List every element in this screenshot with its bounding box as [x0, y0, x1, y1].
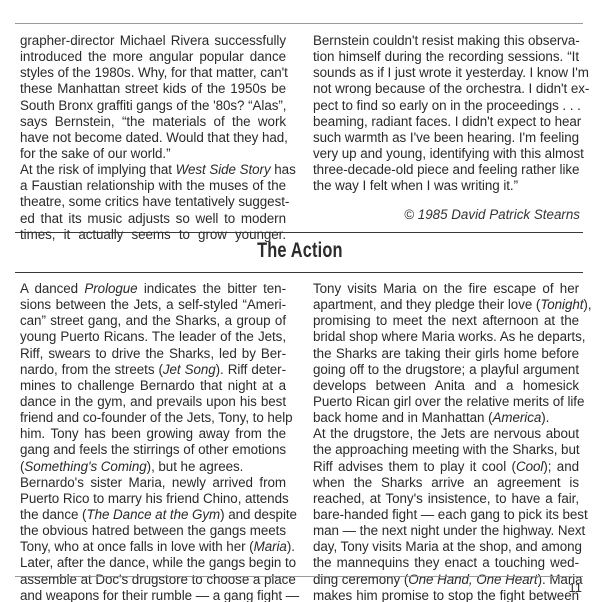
text-run: ).	[287, 539, 295, 554]
synopsis-right-column: Tony visits Maria on the fire escape of …	[313, 281, 579, 602]
text-line: reached, at Tony's insistence, to have a…	[313, 491, 579, 507]
text-line: promising to meet the next afternoon at …	[313, 313, 579, 329]
number-title: Tonight	[540, 297, 583, 312]
text-line: the approaching meeting with the Sharks,…	[313, 442, 579, 458]
text-line: a Faustian relationship with the muses o…	[20, 178, 286, 194]
text-run: At the risk of implying that	[20, 162, 176, 177]
bottom-rule	[15, 576, 583, 577]
text-line: sions between the Jets, a self-styled “A…	[20, 297, 286, 313]
text-line: Bernstein couldn't resist making this ob…	[313, 33, 579, 49]
text-line: Bernardo's sister Maria, newly arrived f…	[20, 475, 286, 491]
text-line: man — the next night under the highway. …	[313, 523, 579, 539]
text-run: ),	[583, 297, 591, 312]
essay-right-column: Bernstein couldn't resist making this ob…	[313, 33, 579, 194]
text-line: ed that its music adjusts so well to mod…	[20, 211, 286, 227]
text-run: indicates the bitter ten-	[138, 281, 286, 296]
text-line: At the drugstore, the Jets are nervous a…	[313, 426, 579, 442]
text-line: Puerto Rico to marry his friend Chino, a…	[20, 491, 286, 507]
section-title-text: The Action	[257, 239, 343, 263]
text-line: and weapons for their rumble — a gang fi…	[20, 588, 286, 602]
section-rule-bottom	[15, 272, 583, 273]
top-rule	[15, 23, 583, 24]
text-line: going off to the drugstore; a playful ar…	[313, 362, 579, 378]
text-line: day, Tony visits Maria at the shop, and …	[313, 539, 579, 555]
text-line: Puerto Rican girl over the relative meri…	[313, 394, 579, 410]
text-line: At the risk of implying that West Side S…	[20, 162, 286, 178]
text-run: Riff advises them to play it cool (	[313, 459, 516, 474]
text-line: young Puerto Ricans. The leader of the J…	[20, 329, 286, 345]
number-title: Cool	[516, 459, 543, 474]
text-run: ding ceremony (	[313, 572, 408, 587]
text-line: friend and co-founder of the Jets, Tony,…	[20, 410, 286, 426]
text-run: the dance (	[20, 507, 86, 522]
text-line: (Something's Coming), but he agrees.	[20, 459, 286, 475]
text-run: apartment, and they pledge their love (	[313, 297, 540, 312]
text-run: nardo, from the streets (	[20, 362, 163, 377]
text-run: ) and despite	[220, 507, 297, 522]
number-title: America	[493, 410, 542, 425]
text-line: Riff, swears to drive the Sharks, led by…	[20, 346, 286, 362]
section-rule-top	[15, 232, 583, 233]
text-line: bridal shop where Maria works. As he dep…	[313, 329, 579, 345]
text-line: back home and in Manhattan (America).	[313, 410, 579, 426]
text-line: pect to find so early on in the proceedi…	[313, 98, 579, 114]
number-title: Maria	[254, 539, 287, 554]
text-run: ). Riff deter-	[216, 362, 286, 377]
text-line: can” street gang, and the Sharks, a grou…	[20, 313, 286, 329]
text-run: back home and in Manhattan (	[313, 410, 493, 425]
text-line: the dance (The Dance at the Gym) and des…	[20, 507, 286, 523]
text-line: assemble at Doc's drugstore to choose a …	[20, 572, 286, 588]
number-title: One Hand, One Heart	[408, 572, 537, 587]
text-line: sounds as if I just wrote it yesterday. …	[313, 65, 579, 81]
text-line: the mannequins they enact a touching wed…	[313, 555, 579, 571]
text-line: Tony visits Maria on the fire escape of …	[313, 281, 579, 297]
text-line: the way I felt when I was writing it.”	[313, 178, 579, 194]
text-line: tion himself during the recording sessio…	[313, 49, 579, 65]
text-line: beaming, radiant faces. I didn't expect …	[313, 114, 579, 130]
text-line: introduced the more angular popular danc…	[20, 49, 286, 65]
text-run: Tony, who at once falls in love with her…	[20, 539, 254, 554]
text-line: the Sharks are taking their girls home b…	[313, 346, 579, 362]
text-line: bare-handed fight — each gang to pick it…	[313, 507, 579, 523]
work-title: West Side Story	[176, 162, 271, 177]
essay-left-column: grapher-director Michael Rivera successf…	[20, 33, 286, 243]
text-line: three-decade-old piece and feeling rathe…	[313, 162, 579, 178]
text-line: Tony, who at once falls in love with her…	[20, 539, 286, 555]
number-title: Jet Song	[163, 362, 216, 377]
text-line: mines to challenge Bernardo that night a…	[20, 378, 286, 394]
text-line: says Bernstein, “the materials of the wo…	[20, 114, 286, 130]
text-run: has	[271, 162, 296, 177]
text-line: apartment, and they pledge their love (T…	[313, 297, 579, 313]
text-run: ); and	[543, 459, 579, 474]
text-line: develops between Anita and a homesick	[313, 378, 579, 394]
text-line: such warmth as I've been hearing. I'm fe…	[313, 130, 579, 146]
text-line: these Manhattan street kids of the 1950s…	[20, 81, 286, 97]
number-title: The Dance at the Gym	[86, 507, 220, 522]
text-line: grapher-director Michael Rivera successf…	[20, 33, 286, 49]
synopsis-left-column: A danced Prologue indicates the bitter t…	[20, 281, 286, 602]
text-line: gang and feels the stirrings of other em…	[20, 442, 286, 458]
number-title: Prologue	[84, 281, 137, 296]
text-line: him. Tony has been growing away from the	[20, 426, 286, 442]
text-line: have not become dated. Would that they h…	[20, 130, 286, 146]
page-number: 11	[540, 580, 582, 595]
text-run: ), but he agrees.	[147, 459, 244, 474]
text-line: very up and young, identifying with this…	[313, 146, 579, 162]
text-line: styles of the 1980s. Why, for that matte…	[20, 65, 286, 81]
text-line: South Bronx graffiti gangs of the '80s? …	[20, 98, 286, 114]
text-run: A danced	[20, 281, 84, 296]
text-run: ).	[541, 410, 549, 425]
text-line: A danced Prologue indicates the bitter t…	[20, 281, 286, 297]
text-line: Later, after the dance, while the gangs …	[20, 555, 286, 571]
text-line: nardo, from the streets (Jet Song). Riff…	[20, 362, 286, 378]
section-title: The Action	[0, 239, 600, 263]
text-line: Riff advises them to play it cool (Cool)…	[313, 459, 579, 475]
text-line: the obvious hatred between the gangs mee…	[20, 523, 286, 539]
text-line: dance in the gym, and prevails upon his …	[20, 394, 286, 410]
text-line: for the sake of our world.”	[20, 146, 286, 162]
number-title: Something's Coming	[24, 459, 146, 474]
text-line: when the Sharks arrive an agreement is	[313, 475, 579, 491]
text-line: theatre, some critics have tentatively s…	[20, 194, 286, 210]
copyright-credit: © 1985 David Patrick Stearns	[310, 207, 580, 222]
text-line: not wrong because of the orchestra. I di…	[313, 81, 579, 97]
